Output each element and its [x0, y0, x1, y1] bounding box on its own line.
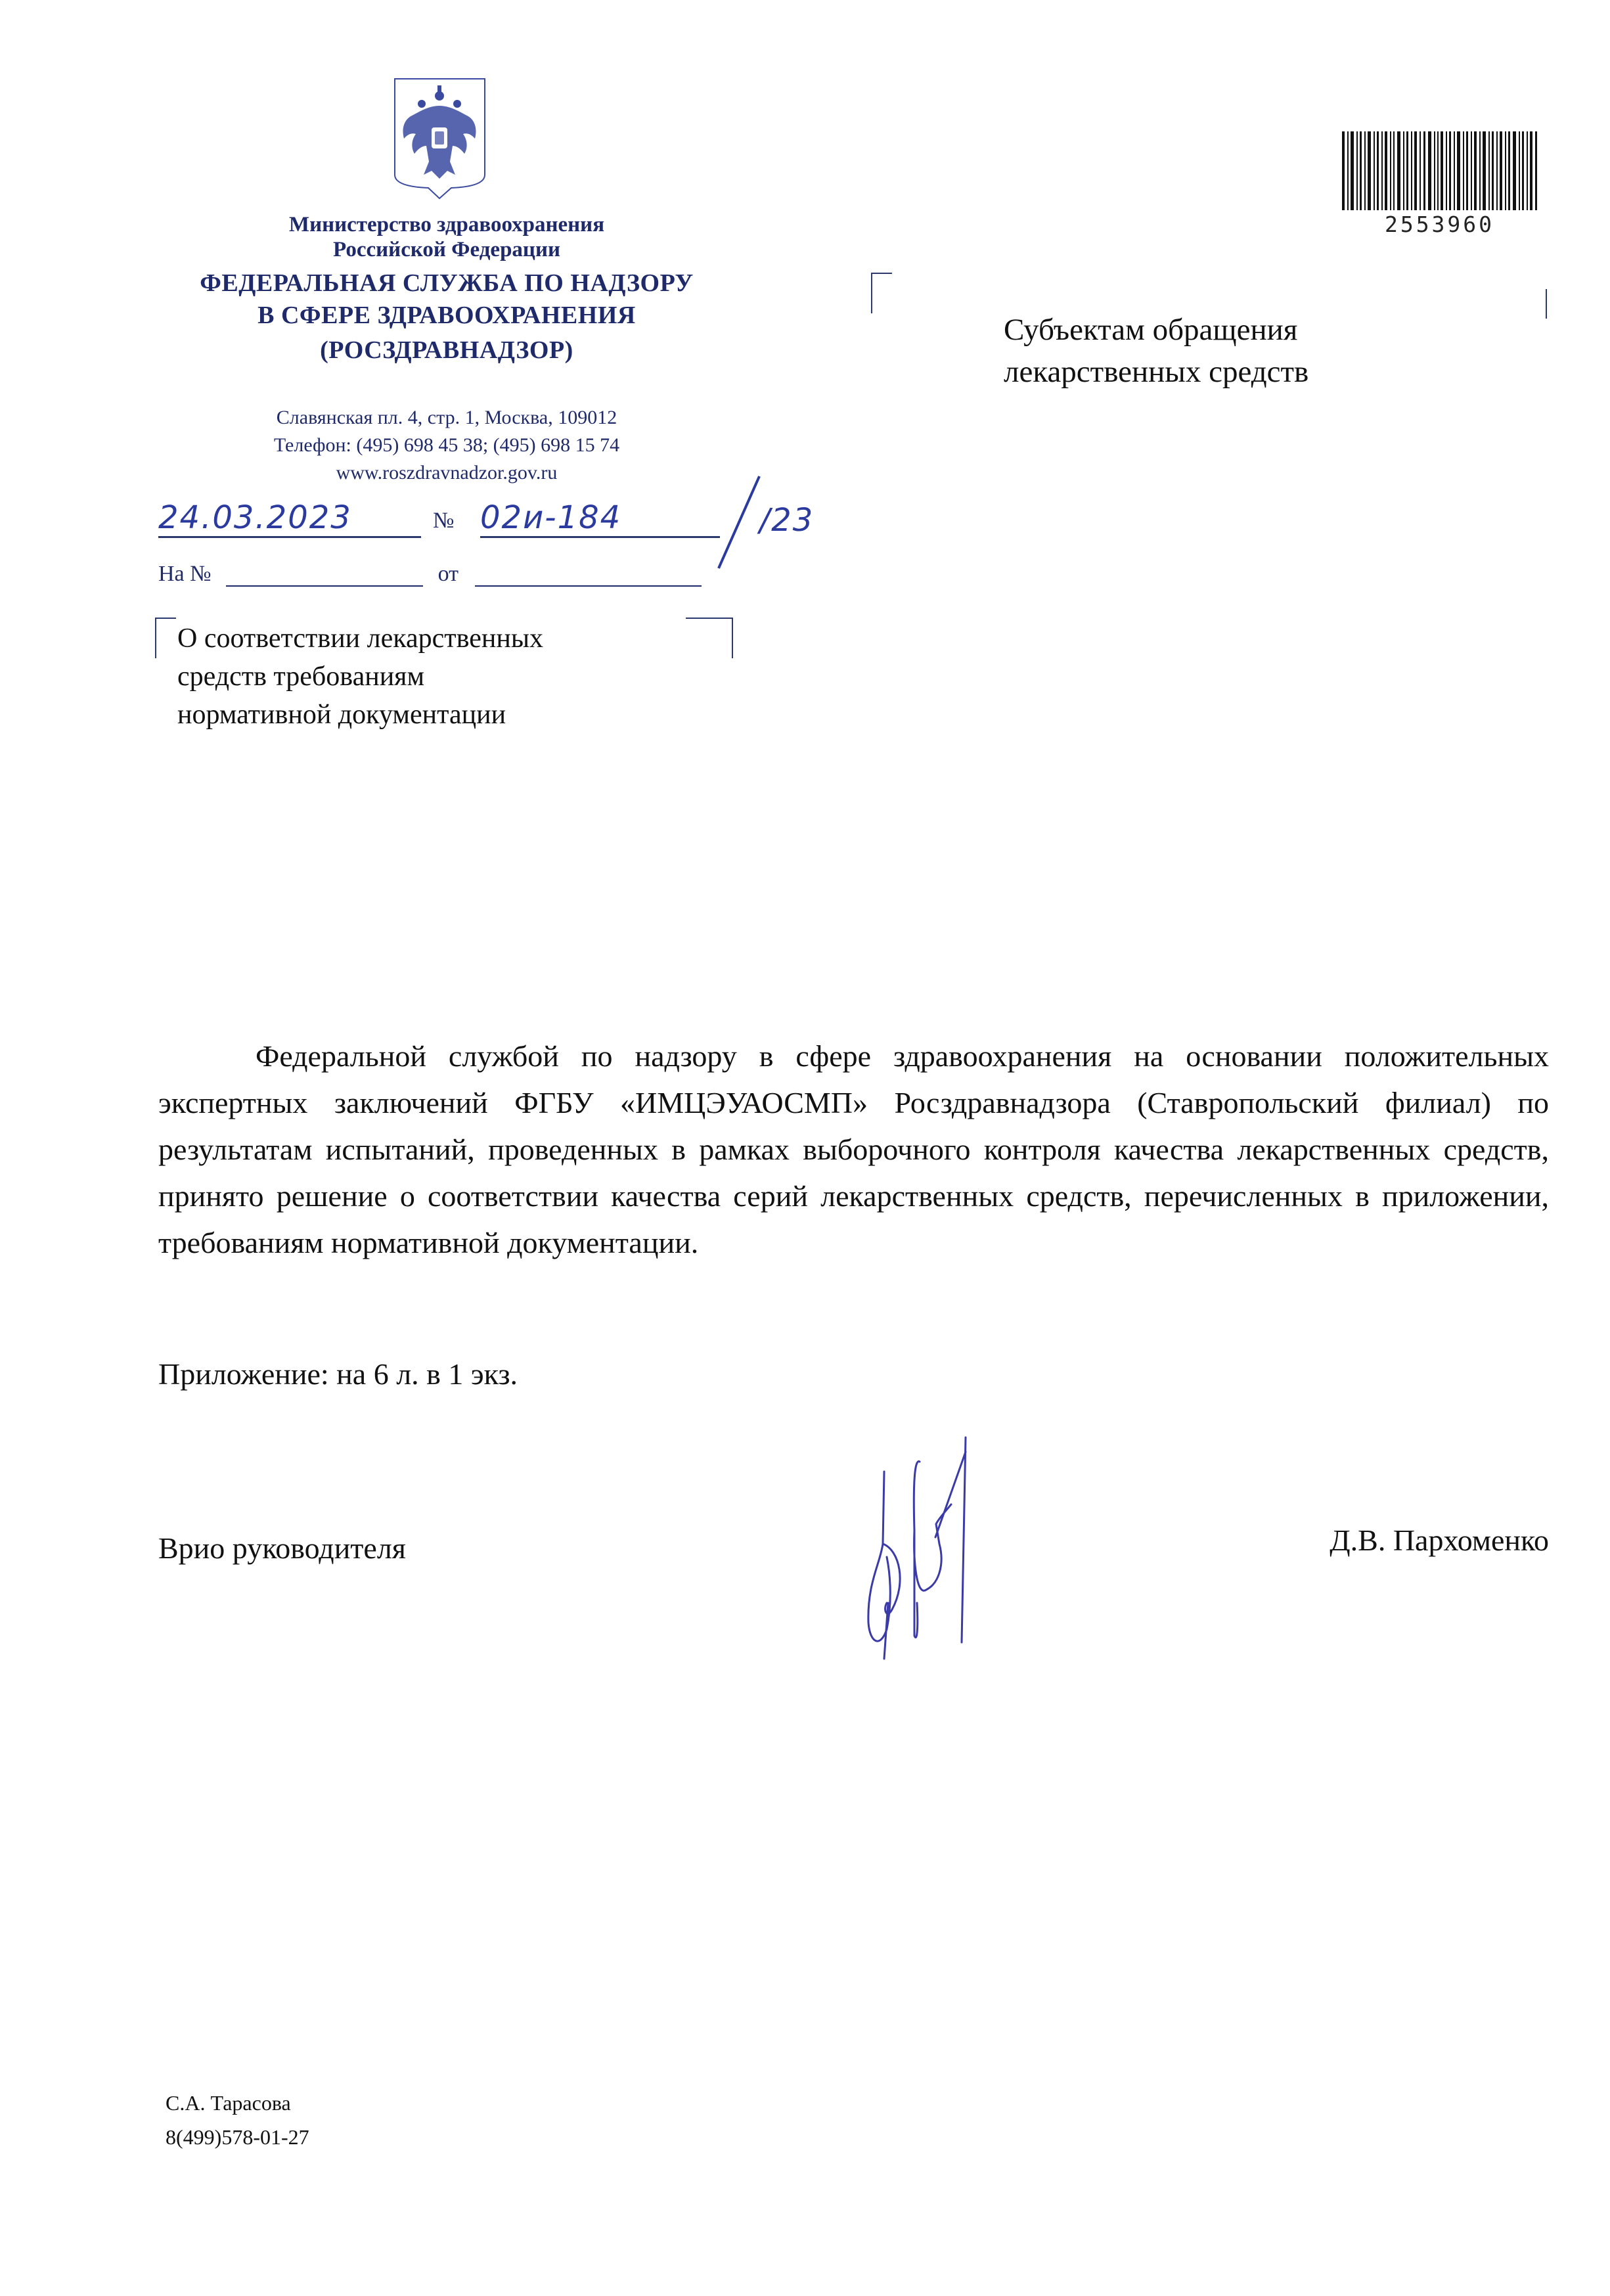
- subject-line-2: средств требованиям: [177, 658, 424, 695]
- registration-number-suffix: /23: [759, 502, 814, 539]
- coat-of-arms-icon: [392, 76, 487, 201]
- slash-stroke-icon: [713, 473, 766, 572]
- executor-name: С.А. Тарасова: [166, 2086, 309, 2120]
- executor-block: С.А. Тарасова 8(499)578-01-27: [166, 2086, 309, 2154]
- executor-phone: 8(499)578-01-27: [166, 2120, 309, 2154]
- reference-number-label: На №: [158, 562, 212, 586]
- recipient-bracket-right: [1546, 289, 1547, 319]
- registration-line: 24.03.2023 № 02и-184 /23: [158, 493, 848, 558]
- body-paragraph: Федеральной службой по надзору в сфере з…: [158, 1033, 1549, 1266]
- signatory-name: Д.В. Пархоменко: [1330, 1523, 1549, 1558]
- service-name-line2: В СФЕРЕ ЗДРАВООХРАНЕНИЯ: [151, 299, 742, 332]
- address: Славянская пл. 4, стр. 1, Москва, 109012: [151, 404, 742, 432]
- ministry-name-line2: Российской Федерации: [151, 236, 742, 263]
- service-name-line3: (РОСЗДРАВНАДЗОР): [151, 334, 742, 367]
- recipient-bracket-left: [871, 273, 892, 313]
- letter-body: Федеральной службой по надзору в сфере з…: [158, 1033, 1549, 1266]
- attachment-note: Приложение: на 6 л. в 1 экз.: [158, 1353, 518, 1395]
- barcode-number: 2553960: [1342, 212, 1537, 237]
- reference-date-field[interactable]: [475, 579, 702, 587]
- recipient-line-1: Субъектам обращения: [1004, 309, 1297, 351]
- registration-date: 24.03.2023: [158, 499, 421, 538]
- number-sign: №: [433, 508, 454, 533]
- reference-from-label: от: [438, 562, 458, 586]
- subject-line-3: нормативной документации: [177, 696, 506, 733]
- reference-line: На № от: [158, 562, 702, 587]
- bracket-top-right: [686, 618, 733, 658]
- signatory-title: Врио руководителя: [158, 1531, 406, 1565]
- recipient-line-2: лекарственных средств: [1004, 351, 1308, 393]
- bracket-top-left: [155, 618, 176, 658]
- registration-number: 02и-184: [480, 499, 720, 538]
- phone: Телефон: (495) 698 45 38; (495) 698 15 7…: [151, 432, 742, 459]
- handwritten-signature-icon: [854, 1432, 1012, 1662]
- ministry-name-line1: Министерство здравоохранения: [151, 212, 742, 238]
- subject-block: О соответствии лекарственных средств тре…: [155, 618, 733, 736]
- service-name-line1: ФЕДЕРАЛЬНАЯ СЛУЖБА ПО НАДЗОРУ: [151, 267, 742, 300]
- subject-line-1: О соответствии лекарственных: [177, 620, 543, 657]
- website-link[interactable]: www.roszdravnadzor.gov.ru: [151, 459, 742, 487]
- reference-number-field[interactable]: [226, 579, 423, 587]
- barcode-icon: [1342, 131, 1537, 210]
